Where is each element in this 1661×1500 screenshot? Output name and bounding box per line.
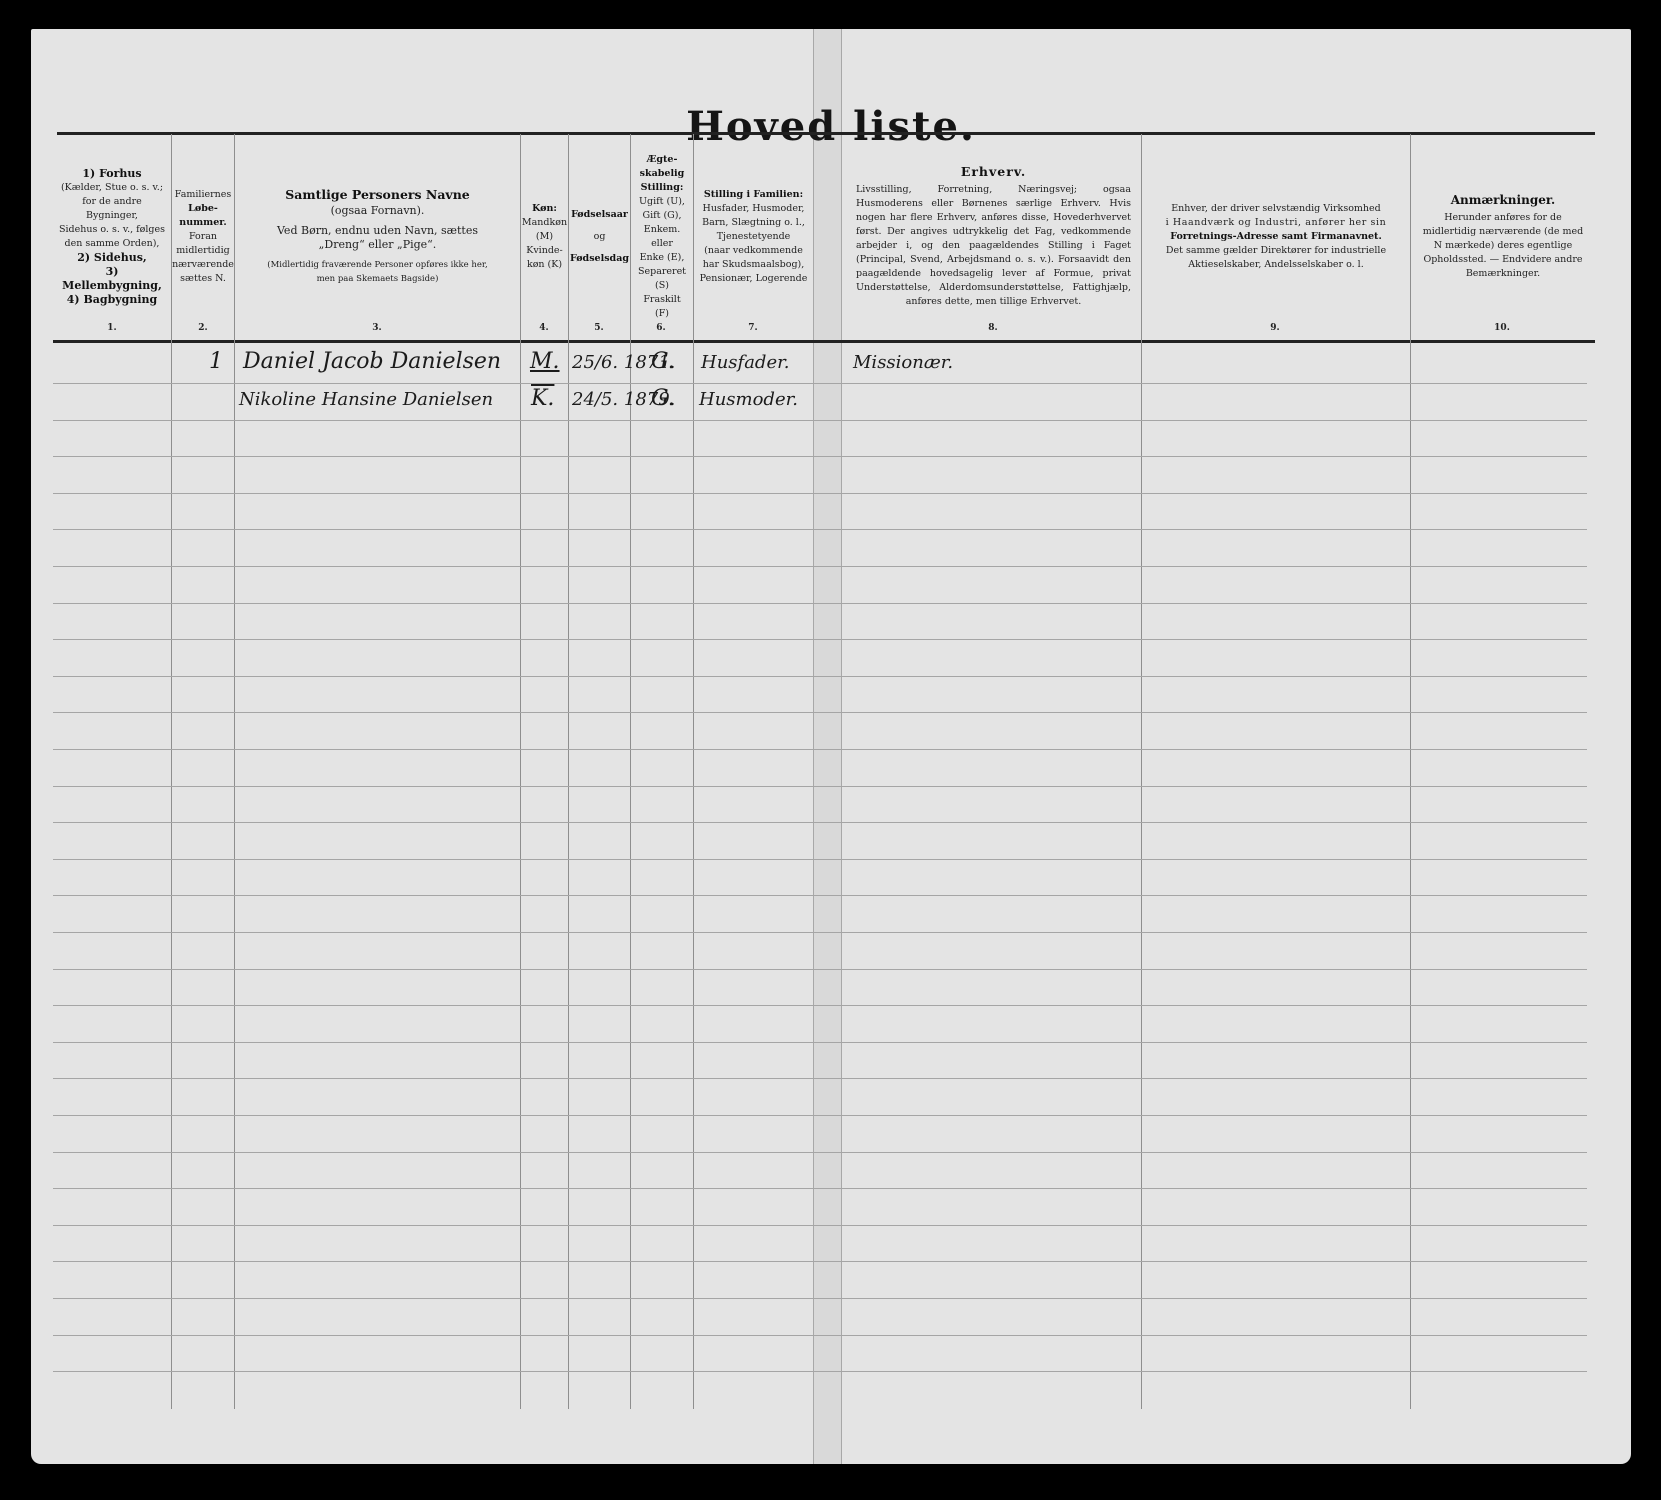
header-text: nummer. (179, 217, 226, 228)
row-rule (53, 1225, 1587, 1226)
row-rule (53, 603, 1587, 604)
header-top-rule (57, 132, 1595, 135)
header-title: Erhverv. (961, 165, 1026, 179)
row-rule (53, 420, 1587, 421)
header-text: 3) Mellembygning, (62, 265, 162, 292)
header-text: (S) (655, 279, 669, 293)
header-text: Separeret (638, 265, 686, 279)
marital-status: G. (651, 349, 675, 374)
header-text: N mærkede) deres egentlige (1434, 239, 1572, 253)
header-text: Løbe- (188, 203, 218, 214)
header-text: Stilling: (641, 182, 684, 193)
header-text: Enkem. eller (635, 223, 689, 251)
header-col-7: Stilling i Familien: Husfader, Husmoder,… (694, 137, 813, 337)
header-text: Forretnings-Adresse samt Firmanavnet. (1170, 231, 1382, 242)
row-rule (53, 1298, 1587, 1299)
header-text: (Midlertidig fraværende Personer opføres… (267, 258, 488, 272)
header-col-3: Samtlige Personers Navne (ogsaa Fornavn)… (235, 137, 520, 337)
row-rule (53, 1152, 1587, 1153)
header-text: Sidehus o. s. v., følges (59, 223, 165, 237)
header-text: Det samme gælder Direktører for industri… (1166, 244, 1386, 258)
header-text: nærværende (172, 258, 234, 272)
header-col-10: Anmærkninger. Herunder anføres for de mi… (1411, 137, 1595, 337)
header-text: Ægte- (647, 154, 678, 165)
family-position: Husmoder. (699, 389, 798, 410)
header-text: skabelig (640, 168, 685, 179)
header-text: har Skudsmaalsbog), (703, 258, 805, 272)
header-text: Samtlige Personers Navne (285, 187, 470, 202)
header-text: (naar vedkommende (704, 244, 803, 258)
family-number: 1 (209, 349, 223, 374)
header-text: Stilling i Familien: (704, 189, 803, 200)
header-bottom-rule (53, 340, 1595, 343)
column-number: 10. (1494, 323, 1510, 333)
person-name: Nikoline Hansine Danielsen (239, 389, 493, 410)
row-rule (53, 493, 1587, 494)
row-rule (53, 786, 1587, 787)
row-rule (53, 456, 1587, 457)
row-rule (53, 1115, 1587, 1116)
header-text: Fraskilt (F) (635, 293, 689, 321)
header-text: Ugift (U), (639, 195, 685, 209)
header-col-4: Køn: Mandkøn (M) Kvinde- køn (K) (521, 137, 568, 337)
header-text: 4) Bagbygning (67, 293, 157, 306)
row-rule (53, 822, 1587, 823)
header-text: for de andre Bygninger, (57, 195, 167, 223)
sex-value: M. (530, 349, 560, 374)
header-text: i Haandværk og Industri, anfører her sin (1166, 216, 1387, 230)
header-text: Gift (G), (642, 209, 681, 223)
column-number: 6. (656, 323, 665, 333)
header-text: 1) Forhus (82, 167, 141, 180)
page-gutter (813, 29, 842, 1464)
census-form-page: Hoved liste. 1) Forhus (Kælder, Stue o. … (31, 29, 1631, 1464)
header-col-8: Erhverv. Livsstilling, Forretning, Nærin… (846, 137, 1141, 337)
marital-status: G. (651, 386, 675, 411)
column-number: 2. (198, 323, 207, 333)
row-rule (53, 566, 1587, 567)
header-text: Husfader, Husmoder, (703, 202, 805, 216)
row-rule (53, 1335, 1587, 1336)
header-col-1: 1) Forhus (Kælder, Stue o. s. v.; for de… (53, 137, 171, 337)
header-text: Enke (E), (640, 251, 685, 265)
header-text: sættes N. (180, 272, 226, 286)
row-rule (53, 895, 1587, 896)
header-text: (ogsaa Fornavn). (331, 204, 425, 218)
header-text: midlertidig nærværende (de med (1423, 225, 1583, 239)
header-text: den samme Orden), (65, 237, 160, 251)
header-title: Anmærkninger. (1451, 193, 1556, 207)
column-number: 9. (1270, 323, 1279, 333)
row-rule (53, 529, 1587, 530)
header-text: Familiernes (175, 188, 232, 202)
row-rule (53, 676, 1587, 677)
header-text: Fødselsaar (571, 209, 628, 220)
occupation: Missionær. (853, 352, 953, 373)
column-number: 4. (539, 323, 548, 333)
row-rule (53, 969, 1587, 970)
header-text: Foran (189, 230, 217, 244)
row-rule (53, 639, 1587, 640)
header-text: men paa Skemaets Bagside) (317, 272, 439, 286)
header-text: midlertidig (176, 244, 229, 258)
header-text: Pensionær, Logerende (700, 272, 808, 286)
header-text: Ved Børn, endnu uden Navn, sættes (277, 224, 478, 238)
header-text: Aktieselskaber, Andelsselskaber o. l. (1188, 258, 1364, 272)
header-text: køn (K) (527, 258, 562, 272)
row-rule (53, 383, 1587, 384)
column-number: 3. (372, 323, 381, 333)
header-text: Køn: (532, 203, 557, 214)
header-text: og (594, 230, 606, 244)
header-text: Fødselsdag (570, 253, 629, 264)
row-rule (53, 749, 1587, 750)
sex-value: K. (531, 386, 554, 411)
header-text: Tjenestetyende (717, 230, 791, 244)
row-rule (53, 712, 1587, 713)
header-text: Barn, Slægtning o. l., (702, 216, 805, 230)
header-text: Enhver, der driver selvstændig Virksomhe… (1171, 202, 1381, 216)
header-text: Livsstilling, Forretning, Næringsvej; og… (856, 183, 1131, 309)
header-text: „Dreng“ eller „Pige“. (319, 238, 437, 252)
column-number: 1. (107, 323, 116, 333)
header-text: Mandkøn (522, 216, 567, 230)
header-col-6: Ægte- skabelig Stilling: Ugift (U), Gift… (631, 137, 693, 337)
row-rule (53, 1261, 1587, 1262)
header-text: Bemærkninger. (1466, 267, 1540, 281)
column-number: 8. (988, 323, 997, 333)
row-rule (53, 1042, 1587, 1043)
header-text: Herunder anføres for de (1444, 211, 1562, 225)
row-rule (53, 932, 1587, 933)
row-rule (53, 859, 1587, 860)
column-number: 7. (748, 323, 757, 333)
header-text: Kvinde- (526, 244, 563, 258)
column-number: 5. (594, 323, 603, 333)
row-rule (53, 1078, 1587, 1079)
person-name: Daniel Jacob Danielsen (243, 349, 501, 374)
family-position: Husfader. (701, 352, 789, 373)
header-text: 2) Sidehus, (77, 251, 147, 264)
header-text: (Kælder, Stue o. s. v.; (61, 181, 163, 195)
row-rule (53, 1005, 1587, 1006)
row-rule (53, 1188, 1587, 1189)
header-col-9: Enhver, der driver selvstændig Virksomhe… (1142, 137, 1410, 337)
header-col-5: Fødselsaar og Fødselsdag (569, 137, 630, 337)
header-text: (M) (536, 230, 553, 244)
header-text: Opholdssted. — Endvidere andre (1423, 253, 1582, 267)
row-rule (53, 1371, 1587, 1372)
header-col-2: Familiernes Løbe- nummer. Foran midlerti… (172, 137, 234, 337)
